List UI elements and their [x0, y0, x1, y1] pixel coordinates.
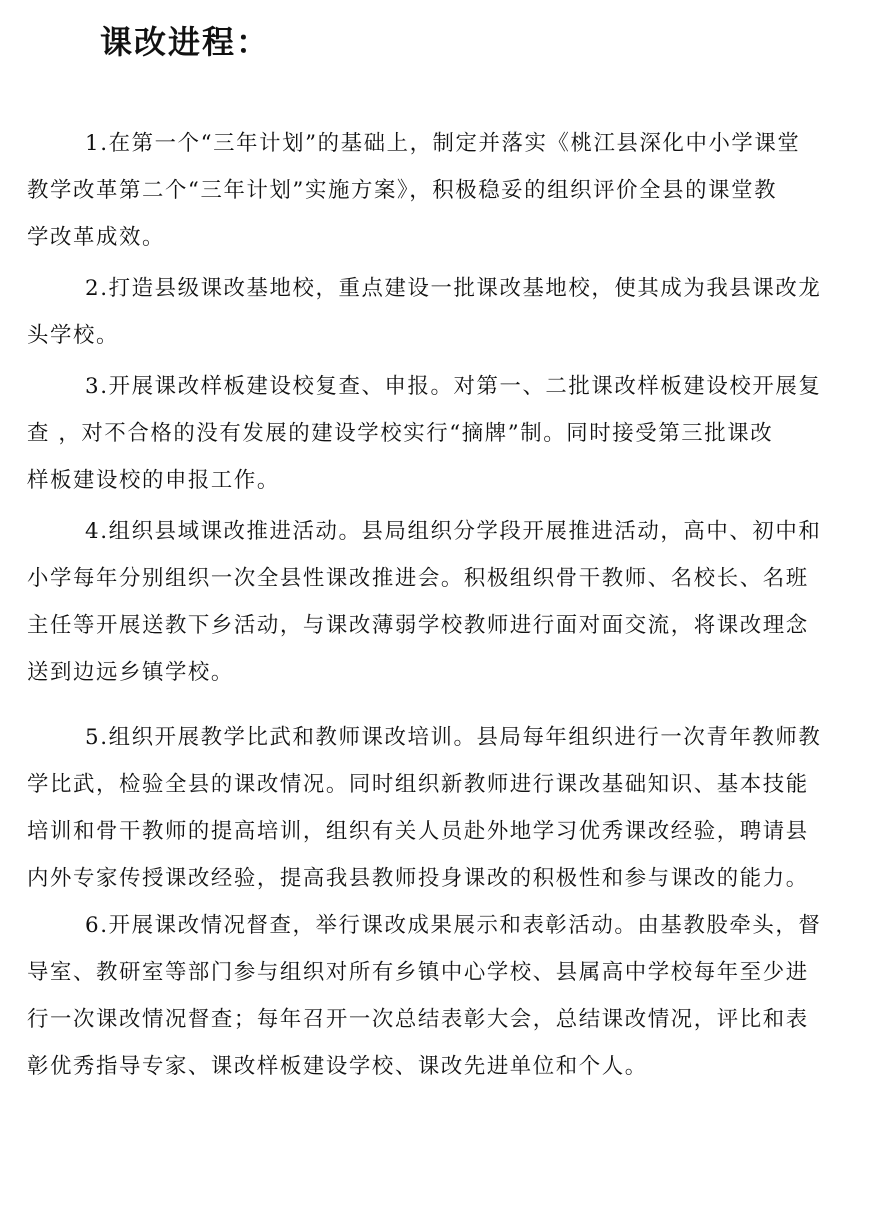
paragraph-line: 4.组织县域课改推进活动。县局组织分学段开展推进活动，高中、初中和: [27, 508, 857, 555]
paragraph-line: 2.打造县级课改基地校，重点建设一批课改基地校，使其成为我县课改龙: [27, 265, 857, 312]
paragraph-line: 6.开展课改情况督查，举行课改成果展示和表彰活动。由基教股牵头，督: [27, 902, 857, 949]
paragraph-line: 送到边远乡镇学校。: [27, 649, 857, 696]
paragraph-line: 内外专家传授课改经验，提高我县教师投身课改的积极性和参与课改的能力。: [27, 855, 857, 902]
paragraph-line: 行一次课改情况督查；每年召开一次总结表彰大会，总结课改情况，评比和表: [27, 996, 857, 1043]
paragraph-line: 主任等开展送教下乡活动，与课改薄弱学校教师进行面对面交流，将课改理念: [27, 602, 857, 649]
paragraph-line: 学改革成效。: [27, 214, 857, 261]
paragraph-gap: [27, 696, 857, 714]
paragraph-line: 彰优秀指导专家、课改样板建设学校、课改先进单位和个人。: [27, 1043, 857, 1090]
paragraph-6: 6.开展课改情况督查，举行课改成果展示和表彰活动。由基教股牵头，督 导室、教研室…: [27, 902, 857, 1090]
document-body: 1.在第一个“三年计划”的基础上，制定并落实《桃江县深化中小学课堂 教学改革第二…: [27, 120, 857, 1090]
paragraph-1: 1.在第一个“三年计划”的基础上，制定并落实《桃江县深化中小学课堂 教学改革第二…: [27, 120, 857, 261]
paragraph-line: 查 ，对不合格的没有发展的建设学校实行“摘牌”制。同时接受第三批课改: [27, 410, 857, 457]
paragraph-3: 3.开展课改样板建设校复查、申报。对第一、二批课改样板建设校开展复 查 ，对不合…: [27, 363, 857, 504]
paragraph-line: 培训和骨干教师的提高培训，组织有关人员赴外地学习优秀课改经验，聘请县: [27, 808, 857, 855]
paragraph-line: 导室、教研室等部门参与组织对所有乡镇中心学校、县属高中学校每年至少进: [27, 949, 857, 996]
paragraph-line: 头学校。: [27, 312, 857, 359]
paragraph-line: 学比武，检验全县的课改情况。同时组织新教师进行课改基础知识、基本技能: [27, 761, 857, 808]
paragraph-5: 5.组织开展教学比武和教师课改培训。县局每年组织进行一次青年教师教 学比武，检验…: [27, 714, 857, 902]
paragraph-line: 教学改革第二个“三年计划”实施方案》，积极稳妥的组织评价全县的课堂教: [27, 167, 857, 214]
paragraph-line: 1.在第一个“三年计划”的基础上，制定并落实《桃江县深化中小学课堂: [27, 120, 857, 167]
paragraph-line: 5.组织开展教学比武和教师课改培训。县局每年组织进行一次青年教师教: [27, 714, 857, 761]
paragraph-4: 4.组织县域课改推进活动。县局组织分学段开展推进活动，高中、初中和 小学每年分别…: [27, 508, 857, 696]
page-title: 课改进程：: [100, 22, 270, 62]
paragraph-line: 小学每年分别组织一次全县性课改推进会。积极组织骨干教师、名校长、名班: [27, 555, 857, 602]
paragraph-line: 样板建设校的申报工作。: [27, 457, 857, 504]
paragraph-2: 2.打造县级课改基地校，重点建设一批课改基地校，使其成为我县课改龙 头学校。: [27, 265, 857, 359]
paragraph-line: 3.开展课改样板建设校复查、申报。对第一、二批课改样板建设校开展复: [27, 363, 857, 410]
